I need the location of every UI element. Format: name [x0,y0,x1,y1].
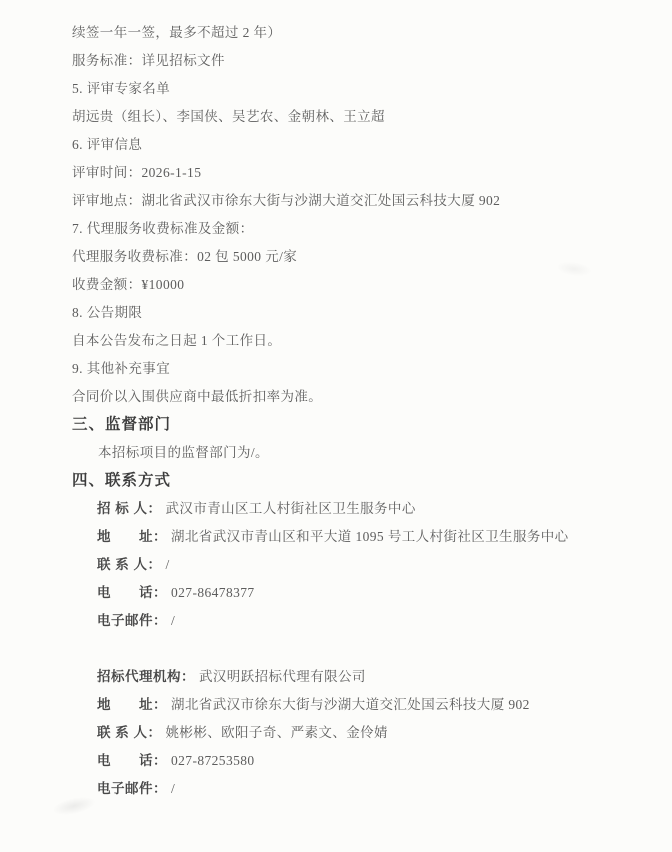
document-line: 评审地点：湖北省武汉市徐东大街与沙湖大道交汇处国云科技大厦 902 [72,187,612,215]
blank-line [72,635,612,663]
contact-value: 姚彬彬、欧阳子奇、严素文、金伶婧 [166,725,388,740]
contact-line: 电 话：027-86478377 [72,579,612,607]
contact-label: 联 系 人： [97,557,162,572]
contact-value: 武汉明跃招标代理有限公司 [199,669,366,684]
contact-line: 招标代理机构：武汉明跃招标代理有限公司 [72,663,612,691]
contact-label: 地 址： [97,697,167,712]
document-line: 6. 评审信息 [72,131,612,159]
contact-line: 电 话：027-87253580 [72,747,612,775]
scanned-document-page: 续签一年一签，最多不超过 2 年）服务标准：详见招标文件5. 评审专家名单胡远贵… [0,0,672,852]
contact-line: 联 系 人：姚彬彬、欧阳子奇、严素文、金伶婧 [72,719,612,747]
contact-label: 地 址： [97,529,167,544]
contact-line: 招 标 人：武汉市青山区工人村街社区卫生服务中心 [72,495,612,523]
document-line: 收费金额：¥10000 [72,271,612,299]
document-line: 评审时间：2026-1-15 [72,159,612,187]
contact-line: 地 址：湖北省武汉市青山区和平大道 1095 号工人村街社区卫生服务中心 [72,523,612,551]
document-line: 5. 评审专家名单 [72,75,612,103]
contact-label: 电 话： [97,585,167,600]
contact-value: / [171,781,175,796]
document-line: 自本公告发布之日起 1 个工作日。 [72,327,612,355]
section-heading: 四、联系方式 [72,467,612,495]
contact-label: 电子邮件： [97,613,167,628]
document-line: 服务标准：详见招标文件 [72,47,612,75]
contact-label: 联 系 人： [97,725,162,740]
contact-line: 电子邮件：/ [72,775,612,803]
contact-label: 招标代理机构： [97,669,195,684]
contact-line: 电子邮件：/ [72,607,612,635]
document-line: 9. 其他补充事宜 [72,355,612,383]
document-line: 合同价以入围供应商中最低折扣率为准。 [72,383,612,411]
contact-value: 武汉市青山区工人村街社区卫生服务中心 [166,501,416,516]
contact-value: 027-87253580 [171,753,255,768]
document-line: 本招标项目的监督部门为/。 [72,439,612,467]
section-heading: 三、监督部门 [72,411,612,439]
contact-label: 电子邮件： [97,781,167,796]
document-line: 8. 公告期限 [72,299,612,327]
contact-value: 湖北省武汉市青山区和平大道 1095 号工人村街社区卫生服务中心 [171,529,569,544]
contact-label: 招 标 人： [97,501,162,516]
document-line: 7. 代理服务收费标准及金额： [72,215,612,243]
contact-value: 湖北省武汉市徐东大街与沙湖大道交汇处国云科技大厦 902 [171,697,530,712]
document-text-area: 续签一年一签，最多不超过 2 年）服务标准：详见招标文件5. 评审专家名单胡远贵… [72,19,612,803]
contact-value: / [166,557,170,572]
document-line: 续签一年一签，最多不超过 2 年） [72,19,612,47]
contact-line: 联 系 人：/ [72,551,612,579]
document-line: 胡远贵（组长）、李国侠、吴艺农、金朝林、王立超 [72,103,612,131]
contact-value: / [171,613,175,628]
contact-value: 027-86478377 [171,585,255,600]
document-line: 代理服务收费标准：02 包 5000 元/家 [72,243,612,271]
contact-line: 地 址：湖北省武汉市徐东大街与沙湖大道交汇处国云科技大厦 902 [72,691,612,719]
contact-label: 电 话： [97,753,167,768]
